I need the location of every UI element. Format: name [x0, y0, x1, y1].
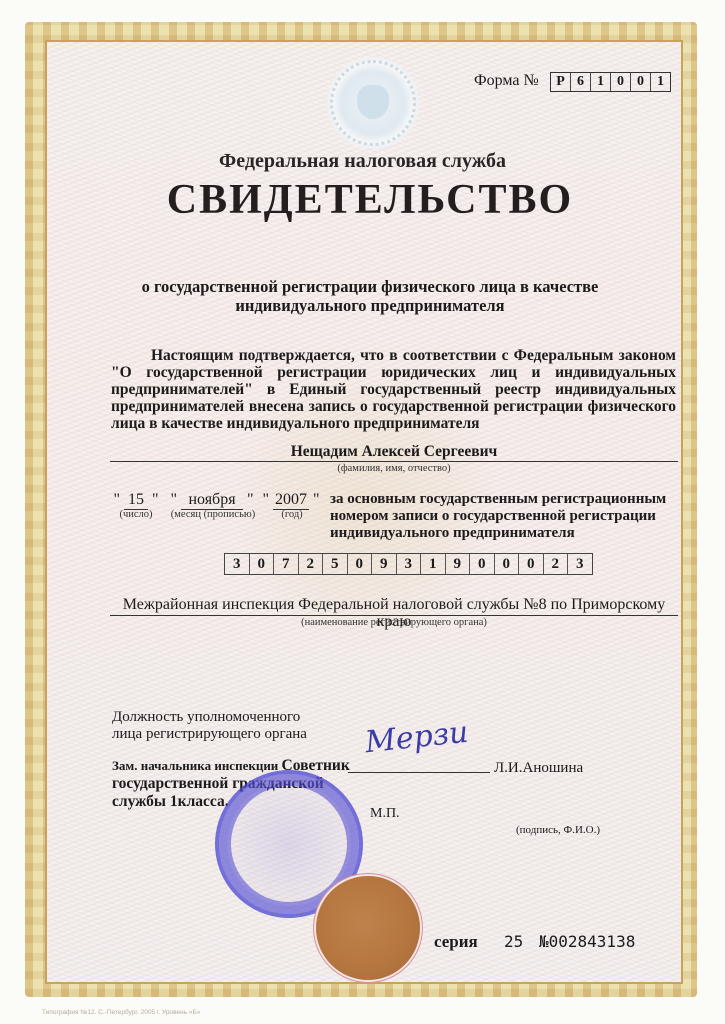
date-year-value: 2007: [273, 491, 309, 510]
date-day-caption: (число): [112, 509, 160, 520]
ogrnip-digit: 9: [446, 554, 471, 574]
date-day: " 15 ": [112, 491, 160, 510]
form-code-cell: 6: [571, 73, 591, 91]
date-month-value: ноября: [181, 491, 243, 510]
registering-authority: Межрайонная инспекция Федеральной налого…: [110, 596, 678, 616]
date-month-caption: (месяц (прописью): [160, 509, 266, 520]
form-code-cell: 0: [611, 73, 631, 91]
form-code-cell: Р: [551, 73, 571, 91]
ogrnip-digit: 0: [250, 554, 275, 574]
ogrnip-number: 3 0 7 2 5 0 9 3 1 9 0 0 0 2 3: [224, 553, 593, 575]
signature-caption: (подпись, Ф.И.О.): [516, 824, 600, 836]
hologram-seal: [316, 876, 420, 980]
date-day-value: 15: [124, 491, 148, 510]
date-year: " 2007 ": [262, 491, 320, 510]
ogrnip-digit: 2: [544, 554, 569, 574]
series-label: серия: [434, 932, 478, 952]
document-subtitle: о государственной регистрации физическог…: [140, 277, 600, 315]
eagle-emblem-icon: [357, 85, 389, 119]
fns-logo-seal: [330, 60, 416, 146]
form-code-cell: 1: [591, 73, 611, 91]
ogrnip-digit: 3: [225, 554, 250, 574]
position-label: Должность уполномоченного лица регистрир…: [112, 709, 312, 743]
printer-info: Типография №12. С.-Петербург. 2005 г. Ур…: [42, 1009, 200, 1016]
form-label: Форма №: [474, 72, 539, 90]
ogrnip-digit: 3: [568, 554, 592, 574]
statement-text: Настоящим подтверждается, что в соответс…: [111, 347, 676, 432]
ogrnip-digit: 0: [519, 554, 544, 574]
registration-text: за основным государственным регистрацион…: [330, 491, 670, 542]
form-code-cell: 1: [651, 73, 670, 91]
registering-authority-caption: (наименование регистрирующего органа): [110, 617, 678, 628]
ogrnip-digit: 0: [495, 554, 520, 574]
form-code: Р 6 1 0 0 1: [550, 72, 671, 92]
document-title: СВИДЕТЕЛЬСТВО: [0, 176, 725, 224]
serial-number: №002843138: [539, 932, 635, 951]
position-small: Зам. начальника инспекции: [112, 758, 282, 773]
full-name-caption: (фамилия, имя, отчество): [110, 463, 678, 474]
full-name: Нещадим Алексей Сергеевич: [110, 444, 678, 462]
ogrnip-digit: 2: [299, 554, 324, 574]
ogrnip-digit: 0: [348, 554, 373, 574]
ogrnip-digit: 1: [421, 554, 446, 574]
signature-line: [348, 772, 490, 773]
series-value: 25: [504, 932, 523, 951]
ogrnip-digit: 9: [372, 554, 397, 574]
ogrnip-digit: 0: [470, 554, 495, 574]
agency-name: Федеральная налоговая служба: [0, 150, 725, 173]
date-month: " ноября ": [166, 491, 258, 510]
form-code-cell: 0: [631, 73, 651, 91]
date-year-caption: (год): [268, 509, 316, 520]
signer-name: Л.И.Аношина: [494, 760, 583, 777]
ogrnip-digit: 3: [397, 554, 422, 574]
ogrnip-digit: 7: [274, 554, 299, 574]
stamp-mark: М.П.: [370, 806, 400, 822]
ogrnip-digit: 5: [323, 554, 348, 574]
